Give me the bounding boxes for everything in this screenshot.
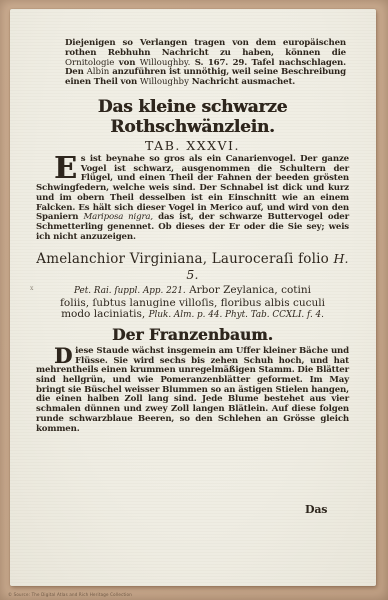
intro-note: Diejenigen so Verlangen tragen von dem e… xyxy=(65,39,346,88)
bird-description-paragraph: Es ist beynahe so gros als ein Canarienv… xyxy=(36,155,349,242)
latin-species-name: Mariposa nigra, xyxy=(83,212,153,222)
citation-reference: Pet. Rai. ſuppl. App. 221. xyxy=(74,286,186,296)
catchword: Das xyxy=(305,503,327,516)
intro-text: Nachricht ausmachet. xyxy=(189,77,295,87)
drop-cap-initial: D xyxy=(54,347,72,365)
section-title-plant: Der Franzenbaum. xyxy=(36,325,349,344)
margin-mark: x xyxy=(30,285,33,292)
section-title-bird: Das kleine schwarze Rothschwänzlein. xyxy=(36,97,349,137)
botanical-citation-body: Pet. Rai. ſuppl. App. 221. Arbor Zeylani… xyxy=(59,285,327,321)
citation-text: Amelanchior Virginiana, Lauroceraſi foli… xyxy=(36,251,333,267)
page-content: Diejenigen so Verlangen tragen von dem e… xyxy=(36,39,349,434)
plant-description-paragraph: Diese Staude wächst insgemein am Uffer k… xyxy=(36,347,349,434)
paragraph-text: iese Staude wächst insgemein am Uffer kl… xyxy=(36,346,349,434)
intro-term-albin: Albin xyxy=(87,67,110,77)
botanical-citation-headline: Amelanchior Virginiana, Lauroceraſi foli… xyxy=(36,251,349,283)
intro-term-willoughby: Willoughby xyxy=(140,77,189,87)
book-page: Diejenigen so Verlangen tragen von dem e… xyxy=(10,9,376,586)
intro-text: Diejenigen so Verlangen tragen von dem e… xyxy=(65,38,346,58)
citation-reference: Pluk. Alm. p. 44. Phyt. Tab. CCXLI. f. 4… xyxy=(149,310,324,320)
scan-attribution: © Source: The Digital Atlas and Rich Her… xyxy=(8,592,132,597)
drop-cap-initial: E xyxy=(54,156,77,182)
scanned-book-page-mat: Diejenigen so Verlangen tragen von dem e… xyxy=(0,0,388,600)
plate-number: TAB. XXXVI. xyxy=(36,139,349,153)
